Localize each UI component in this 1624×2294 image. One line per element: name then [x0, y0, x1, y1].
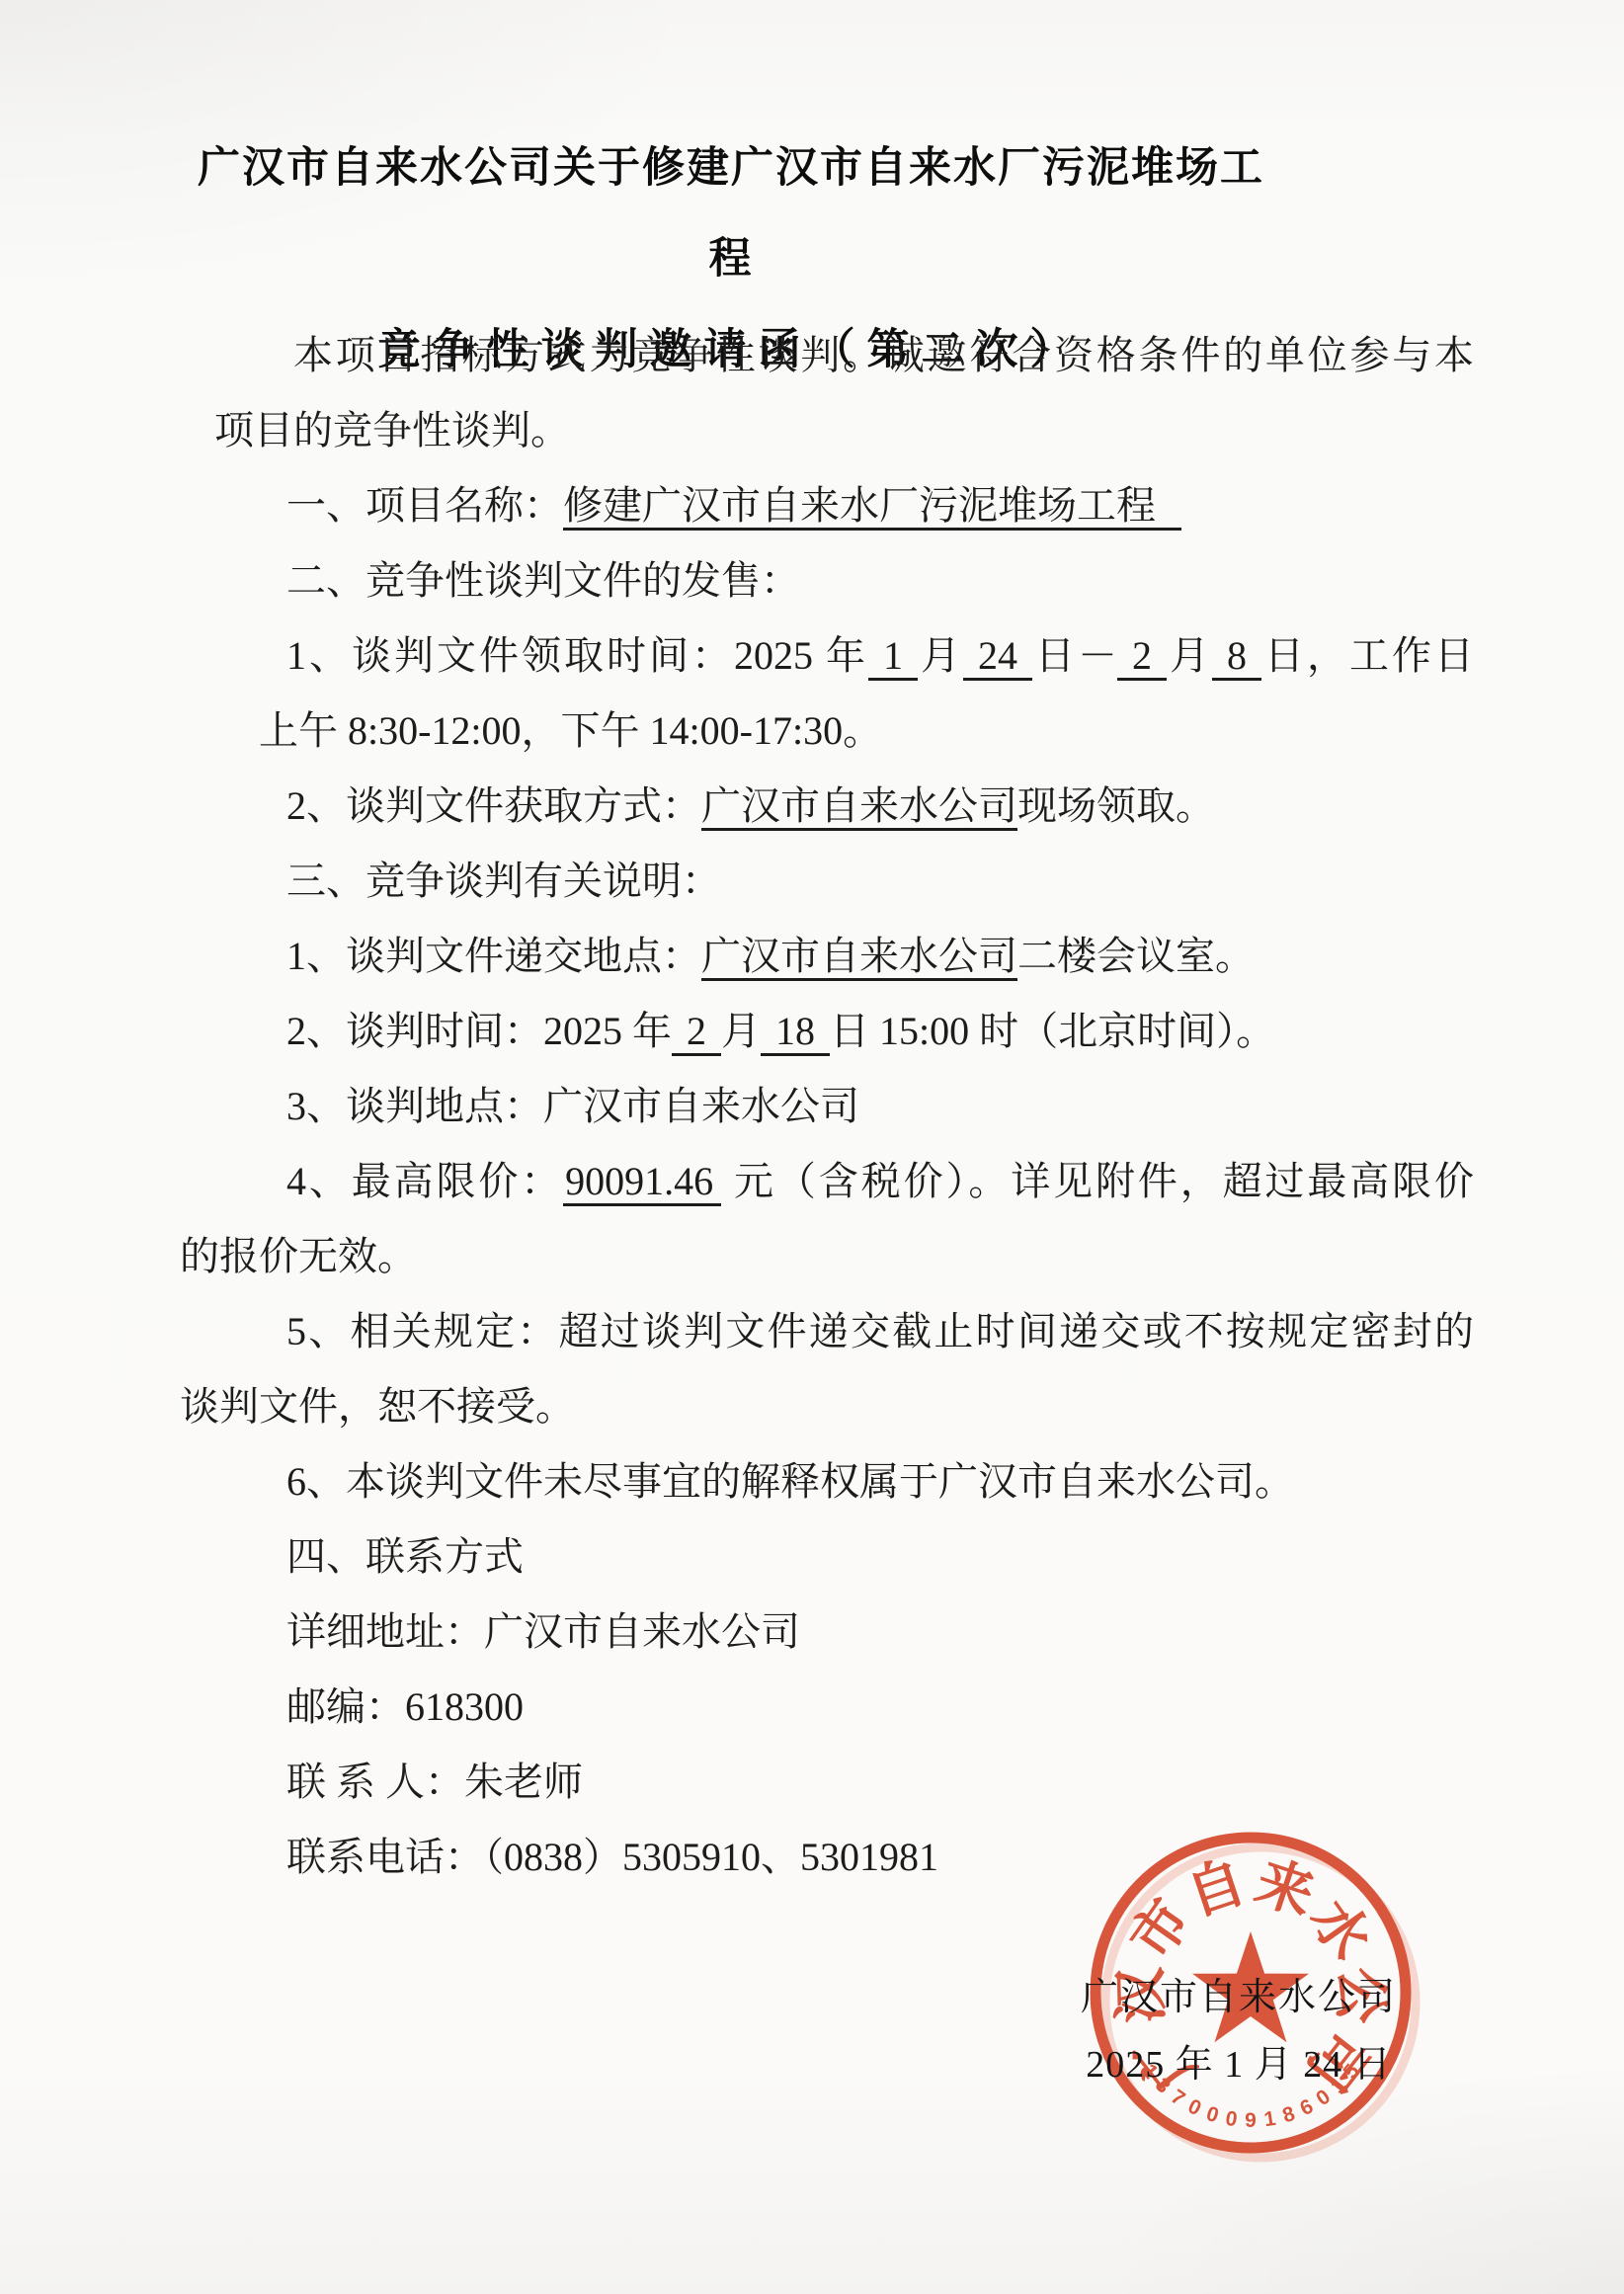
- pickup-day-start: 24: [963, 633, 1032, 681]
- seal-number-digit: 6: [1296, 2094, 1317, 2120]
- contact-address-line: 详细地址：广汉市自来水公司: [178, 1595, 1474, 1670]
- section4-heading: 四、联系方式: [178, 1519, 1474, 1595]
- negotiation-time-label: 2、谈判时间：2025 年: [286, 1009, 672, 1053]
- project-name-value: 修建广汉市自来水厂污泥堆场工程: [563, 483, 1181, 531]
- document-body: 本项目招标方式为竞争性谈判。诚邀符合资格条件的单位参与本 项目的竞争性谈判。 一…: [178, 318, 1474, 1895]
- pickup-month-end: 2: [1117, 633, 1167, 681]
- month-char-2: 月: [1167, 633, 1212, 678]
- negotiation-month: 2: [672, 1009, 721, 1056]
- negotiation-day: 18: [761, 1009, 830, 1056]
- document-page: 广汉市自来水公司关于修建广汉市自来水厂污泥堆场工程 竞争性谈判邀请函（第二次） …: [0, 0, 1624, 2294]
- project-name-line: 一、项目名称：修建广汉市自来水厂污泥堆场工程: [178, 468, 1474, 543]
- month-char-3: 月: [721, 1009, 761, 1053]
- price-limit-suffix: 元（含税价）。详见附件，超过最高限价: [721, 1159, 1474, 1203]
- contact-zipcode-line: 邮编：618300: [178, 1670, 1474, 1745]
- seal-number-digit: 0: [1203, 2102, 1221, 2127]
- rules-line-1: 5、相关规定：超过谈判文件递交截止时间递交或不按规定密封的: [178, 1294, 1474, 1369]
- price-limit-line: 4、最高限价：90091.46 元（含税价）。详见附件，超过最高限价: [178, 1144, 1474, 1219]
- pickup-month-start: 1: [868, 633, 918, 681]
- doc-obtain-method-line: 2、谈判文件获取方式：广汉市自来水公司现场领取。: [178, 769, 1474, 844]
- obtain-method-suffix: 现场领取。: [1017, 783, 1215, 828]
- doc-pickup-time-line: 1、谈判文件领取时间：2025 年1月24日－2月8日，工作日: [178, 618, 1474, 694]
- price-limit-value: 90091.46: [563, 1159, 721, 1206]
- seal-number-digit: 9: [1245, 2109, 1257, 2132]
- section3-heading: 三、竞争谈判有关说明：: [178, 844, 1474, 919]
- interpretation-right-line: 6、本谈判文件未尽事宜的解释权属于广汉市自来水公司。: [178, 1444, 1474, 1519]
- submission-place-line: 1、谈判文件递交地点：广汉市自来水公司二楼会议室。: [178, 919, 1474, 994]
- month-char-1: 月: [918, 633, 963, 678]
- signature-date: 2025 年 1 月 24 日: [1051, 2033, 1426, 2088]
- submission-place-suffix: 二楼会议室。: [1017, 934, 1255, 978]
- rules-line-2: 谈判文件，恕不接受。: [178, 1369, 1474, 1444]
- negotiation-place-line: 3、谈判地点：广汉市自来水公司: [178, 1069, 1474, 1144]
- seal-number-digit: 0: [1184, 2094, 1205, 2120]
- intro-line-2: 项目的竞争性谈判。: [178, 393, 1474, 468]
- workday-suffix: 日，工作日: [1261, 633, 1474, 678]
- negotiation-time-suffix: 日 15:00 时（北京时间）。: [830, 1009, 1275, 1053]
- price-limit-line-2: 的报价无效。: [178, 1219, 1474, 1294]
- day-dash-char: 日－: [1032, 633, 1117, 678]
- pickup-time-label: 1、谈判文件领取时间：2025 年: [286, 633, 868, 678]
- seal-number-digit: 0: [1224, 2107, 1239, 2131]
- submission-place-label: 1、谈判文件递交地点：: [286, 934, 701, 978]
- section2-heading: 二、竞争性谈判文件的发售：: [178, 543, 1474, 618]
- signature-company: 广汉市自来水公司: [1051, 1966, 1426, 2020]
- submission-place-company: 广汉市自来水公司: [701, 934, 1017, 981]
- contact-person-line: 联 系 人：朱老师: [178, 1745, 1474, 1820]
- obtain-method-label: 2、谈判文件获取方式：: [286, 783, 701, 828]
- seal-number-digit: 1: [1262, 2107, 1277, 2132]
- working-hours-line: 上午 8:30-12:00，下午 14:00-17:30。: [178, 694, 1474, 769]
- negotiation-time-line: 2、谈判时间：2025 年2月18日 15:00 时（北京时间）。: [178, 994, 1474, 1069]
- pickup-day-end: 8: [1212, 633, 1261, 681]
- project-name-label: 一、项目名称：: [286, 483, 563, 528]
- price-limit-label: 4、最高限价：: [286, 1159, 563, 1203]
- intro-line-1: 本项目招标方式为竞争性谈判。诚邀符合资格条件的单位参与本: [178, 318, 1474, 393]
- seal-number-digit: 8: [1280, 2102, 1298, 2128]
- obtain-method-company: 广汉市自来水公司: [701, 783, 1017, 831]
- title-line-1: 广汉市自来水公司关于修建广汉市自来水厂污泥堆场工程: [178, 123, 1284, 304]
